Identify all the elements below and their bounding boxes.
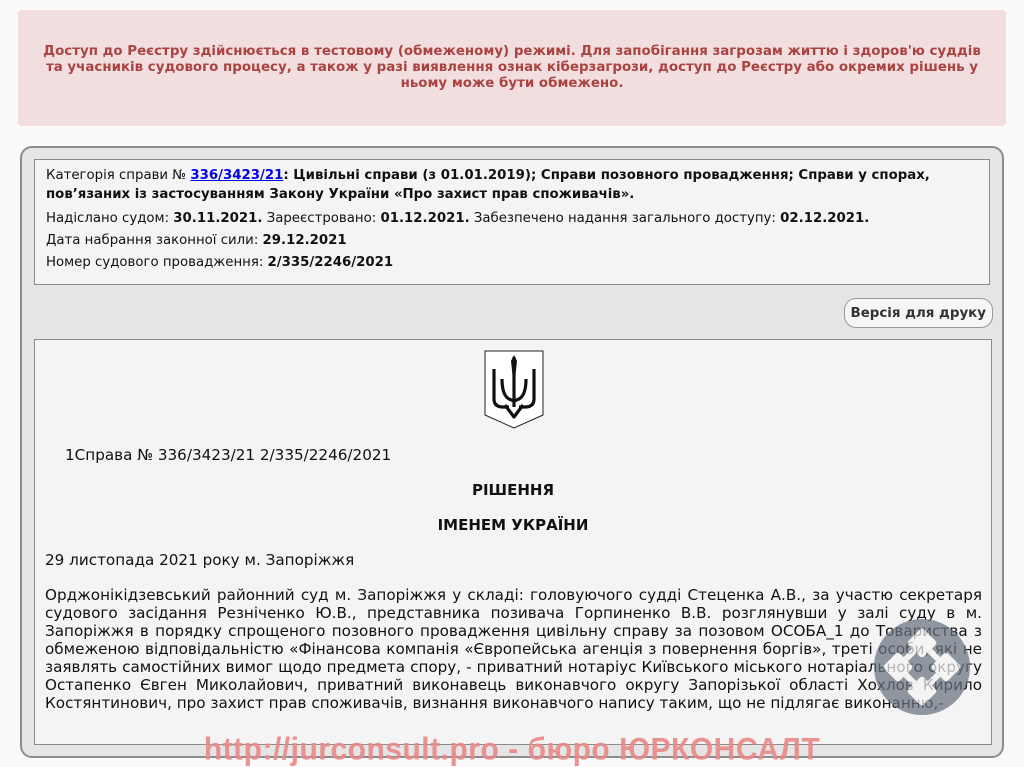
registered-label: Зареєстровано: [262, 211, 380, 226]
registered-date: 01.12.2021. [380, 211, 469, 226]
case-info-panel: Категорія справи № 336/3423/21: Цивільні… [34, 159, 990, 285]
decision-frame: Категорія справи № 336/3423/21: Цивільні… [20, 146, 1004, 758]
proceeding-number: 2/335/2246/2021 [268, 255, 394, 270]
effective-label: Дата набрання законної сили: [46, 233, 263, 248]
access-label: Забезпечено надання загального доступу: [470, 211, 781, 226]
ukraine-coat-of-arms-icon [483, 349, 545, 431]
decision-title: РІШЕННЯ [35, 481, 991, 499]
proceeding-label: Номер судового провадження: [46, 255, 268, 270]
decision-document: 1Справа № 336/3423/21 2/335/2246/2021 РІ… [34, 339, 992, 745]
category-label: Категорія справи № [46, 168, 190, 183]
case-number-line: 1Справа № 336/3423/21 2/335/2246/2021 [65, 446, 391, 464]
effective-date: 29.12.2021 [263, 233, 347, 248]
jurconsult-logo-icon [872, 617, 972, 717]
decision-body: Орджонікідзевський районний суд м. Запор… [45, 586, 982, 712]
case-category: Категорія справи № 336/3423/21: Цивільні… [46, 166, 978, 204]
sent-label: Надіслано судом: [46, 211, 173, 226]
watermark-text: http://jurconsult.pro - бюро ЮРКОНСАЛТ [0, 732, 1024, 767]
access-date: 02.12.2021. [780, 211, 869, 226]
effective-date-line: Дата набрання законної сили: 29.12.2021 [46, 230, 978, 252]
alert-text: Доступ до Реєстру здійснюється в тестово… [18, 44, 1006, 92]
sent-date: 30.11.2021. [173, 211, 262, 226]
case-number-link[interactable]: 336/3423/21 [190, 168, 283, 183]
date-place: 29 листопада 2021 року м. Запоріжжя [45, 551, 354, 569]
dates-line: Надіслано судом: 30.11.2021. Зареєстрова… [46, 208, 978, 230]
proceeding-line: Номер судового провадження: 2/335/2246/2… [46, 252, 978, 274]
restriction-alert: Доступ до Реєстру здійснюється в тестово… [18, 10, 1006, 126]
print-version-button[interactable]: Версія для друку [844, 298, 994, 328]
decision-subtitle: ІМЕНЕМ УКРАЇНИ [35, 516, 991, 534]
